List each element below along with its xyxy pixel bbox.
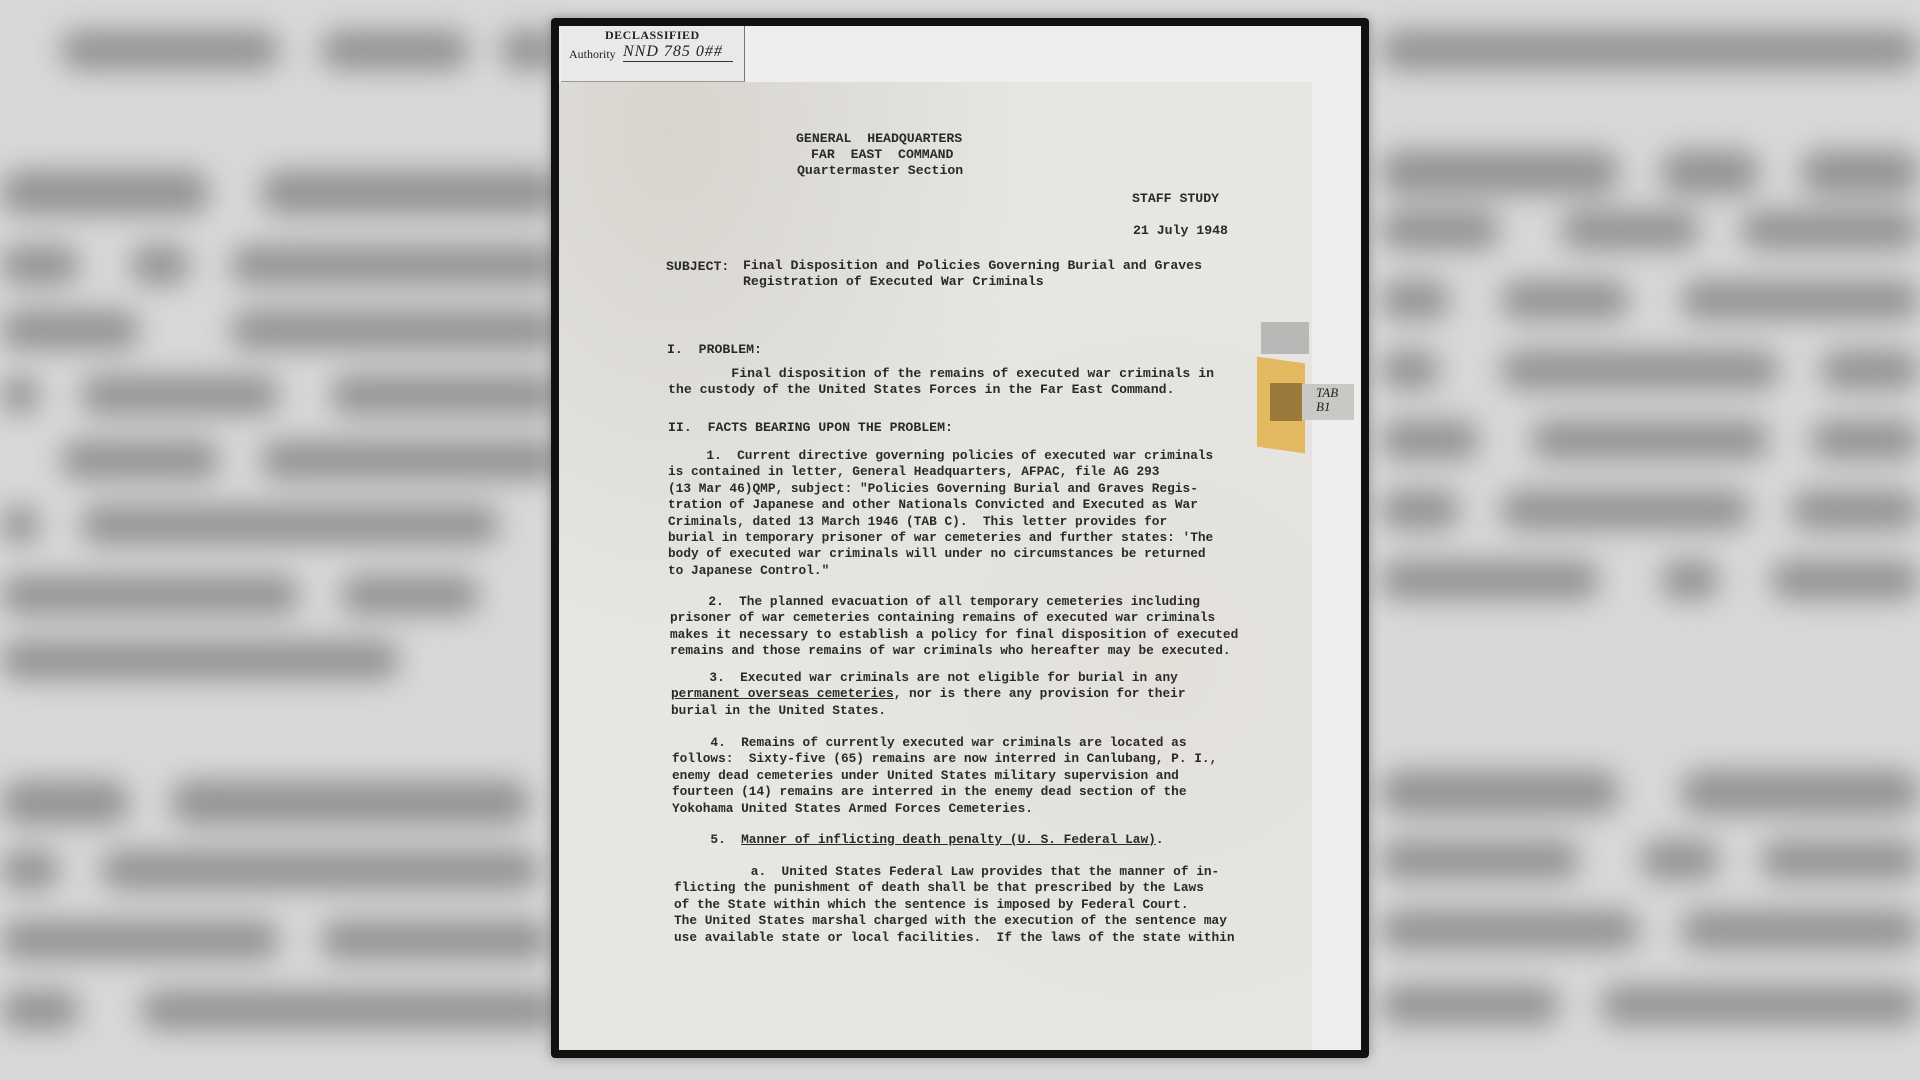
paragraph-5a: a. United States Federal Law provides th… [674, 864, 1235, 946]
subject-line-1: Final Disposition and Policies Governing… [743, 258, 1202, 274]
doc-type: STAFF STUDY [1132, 191, 1219, 207]
section-1-heading: I. PROBLEM: [667, 342, 762, 358]
declassified-stamp: DECLASSIFIED Authority NND 785 0## [561, 26, 745, 82]
section-1-text: Final disposition of the remains of exec… [668, 366, 1214, 399]
authority-label: Authority [569, 47, 616, 62]
gray-tape [1261, 322, 1309, 354]
paragraph-4: 4. Remains of currently executed war cri… [672, 735, 1217, 817]
paragraph-3-line-1: 3. Executed war criminals are not eligib… [671, 670, 1178, 685]
paragraph-3-underlined: permanent overseas cemeteries [671, 686, 894, 701]
paragraph-5-heading: 5. Manner of inflicting death penalty (U… [672, 832, 1164, 848]
paragraph-5-period: . [1156, 832, 1164, 847]
declassified-title: DECLASSIFIED [605, 28, 700, 43]
tape-shadow [1270, 383, 1302, 421]
paragraph-5-number: 5. [672, 832, 741, 847]
paragraph-3: 3. Executed war criminals are not eligib… [671, 670, 1186, 719]
side-tab-label: TAB B1 [1302, 384, 1354, 420]
section-2-heading: II. FACTS BEARING UPON THE PROBLEM: [668, 420, 953, 436]
header-line-2: FAR EAST COMMAND [811, 147, 953, 163]
paragraph-1: 1. Current directive governing policies … [668, 448, 1213, 579]
authority-value: NND 785 0## [623, 43, 733, 62]
header-line-3: Quartermaster Section [797, 163, 963, 179]
paragraph-2: 2. The planned evacuation of all tempora… [670, 594, 1238, 660]
paragraph-5-title: Manner of inflicting death penalty (U. S… [741, 832, 1156, 847]
doc-date: 21 July 1948 [1133, 223, 1228, 239]
subject-line-2: Registration of Executed War Criminals [743, 274, 1044, 290]
header-line-1: GENERAL HEADQUARTERS [796, 131, 962, 147]
subject-label: SUBJECT: [666, 259, 729, 275]
